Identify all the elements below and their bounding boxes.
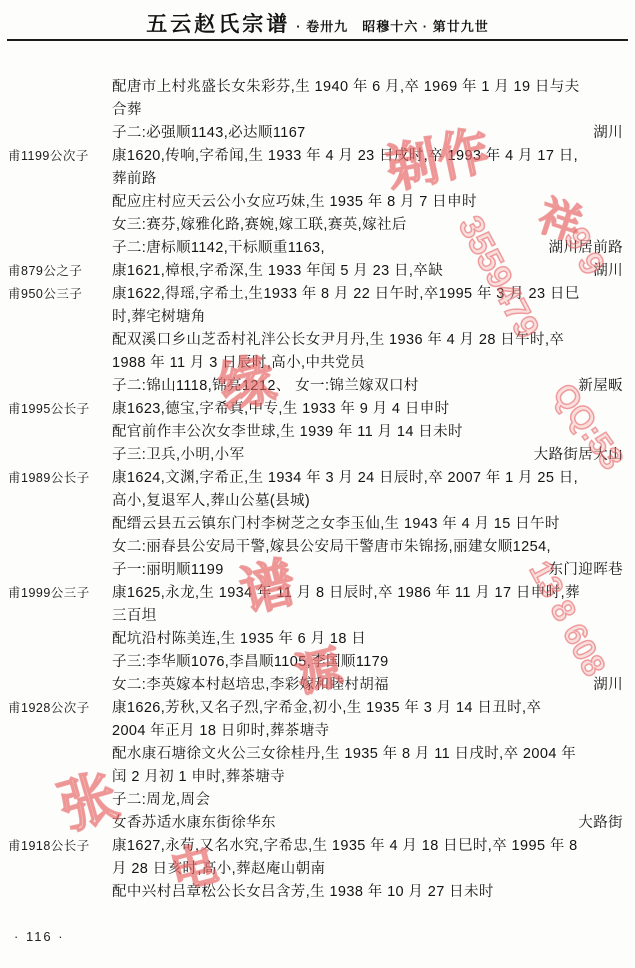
entry-row: 甫1999公三子康1625,永龙,生 1934 年 11 月 8 日辰时,卒 1… — [8, 582, 623, 605]
entry-text: 子二:锦山1118,锦亮1212、 女一:锦兰嫁双口村 — [112, 375, 419, 398]
entry-text: 康1621,樟根,字希深,生 1933 年闰 5 月 23 日,卒缺 — [112, 260, 443, 283]
header-rule — [7, 39, 628, 41]
entry-row: 配双溪口乡山芝岙村礼泮公长女尹月丹,生 1936 年 4 月 28 日午时,卒 — [8, 329, 623, 352]
entry-text: 女香苏适水康东街徐华东 — [112, 812, 276, 835]
entry-text: 闰 2 月初 1 申时,葬茶塘寺 — [112, 766, 285, 789]
entry-text: 时,葬宅树塘角 — [112, 306, 206, 329]
entry-row: 配唐市上村兆盛长女朱彩芬,生 1940 年 6 月,卒 1969 年 1 月 1… — [8, 76, 623, 99]
residence-label: 湖川居前路 — [543, 237, 624, 260]
entry-text: 女二:丽春县公安局干警,嫁县公安局干警唐市朱锦扬,丽建女顺1254, — [112, 536, 551, 559]
entry-text: 配水康石塘徐文火公三女徐桂丹,生 1935 年 8 月 11 日戌时,卒 200… — [112, 743, 576, 766]
entry-row: 女二:丽春县公安局干警,嫁县公安局干警唐市朱锦扬,丽建女顺1254, — [8, 536, 623, 559]
entry-text: 康1620,传响,字希闻,生 1933 年 4 月 23 日戌时,卒 1993 … — [112, 145, 578, 168]
entry-text: 康1627,永苟,又名水究,字希忠,生 1935 年 4 月 18 日巳时,卒 … — [112, 835, 578, 858]
entry-text: 女三:赛芬,嫁雅化路,赛婉,嫁工联,赛英,嫁社后 — [112, 214, 407, 237]
entry-row: 女二:李英嫁本村赵培忠,李彩嫁和睦村胡福湖川 — [8, 674, 623, 697]
entry-generation-label: 甫1999公三子 — [8, 582, 112, 605]
residence-label: 湖川 — [587, 260, 623, 283]
entry-row: 配水康石塘徐文火公三女徐桂丹,生 1935 年 8 月 11 日戌时,卒 200… — [8, 743, 623, 766]
genealogy-page: 五云赵氏宗谱· 卷卅九昭穆十六 · 第廿九世 配唐市上村兆盛长女朱彩芬,生 19… — [0, 0, 635, 968]
entry-row: 子三:卫兵,小明,小军大路街居大山 — [8, 444, 623, 467]
residence-label: 新屋畈 — [572, 375, 623, 398]
entry-row: 甫1928公次子康1626,芳秋,又名子烈,字希金,初小,生 1935 年 3 … — [8, 697, 623, 720]
entry-row: 子二:必强顺1143,必达顺1167湖川 — [8, 122, 623, 145]
entry-generation-label: 甫1199公次子 — [8, 145, 112, 168]
entry-generation-label: 甫1928公次子 — [8, 697, 112, 720]
entry-row: 甫1918公长子康1627,永苟,又名水究,字希忠,生 1935 年 4 月 1… — [8, 835, 623, 858]
entry-row: 甫1199公次子康1620,传响,字希闻,生 1933 年 4 月 23 日戌时… — [8, 145, 623, 168]
entry-text: 配应庄村应天云公小女应巧妹,生 1935 年 8 月 7 日申时 — [112, 191, 477, 214]
entry-generation-label: 甫950公三子 — [8, 283, 112, 306]
entry-row: 甫950公三子康1622,得瑶,字希土,生1933 年 8 月 22 日午时,卒… — [8, 283, 623, 306]
entry-generation-label: 甫1918公长子 — [8, 835, 112, 858]
entry-text: 康1622,得瑶,字希土,生1933 年 8 月 22 日午时,卒1995 年 … — [112, 283, 580, 306]
entry-text: 配缙云县五云镇东门村李树芝之女李玉仙,生 1943 年 4 月 15 日午时 — [112, 513, 560, 536]
entry-text: 康1626,芳秋,又名子烈,字希金,初小,生 1935 年 3 月 14 日丑时… — [112, 697, 541, 720]
volume-label: · 卷卅九 — [296, 19, 348, 34]
entry-text: 配中兴村吕章松公长女吕含芳,生 1938 年 10 月 27 日未时 — [112, 881, 494, 904]
entry-row: 子二:唐标顺1142,干标顺重1163,湖川居前路 — [8, 237, 623, 260]
entry-row: 时,葬宅树塘角 — [8, 306, 623, 329]
entry-generation-label: 甫879公之子 — [8, 260, 112, 283]
entry-row: 三百坦 — [8, 605, 623, 628]
entry-text: 子三:卫兵,小明,小军 — [112, 444, 245, 467]
residence-label: 东门迎晖巷 — [543, 559, 624, 582]
entry-text: 子二:唐标顺1142,干标顺重1163, — [112, 237, 325, 260]
entry-row: 配官前作丰公次女李世球,生 1939 年 11 月 14 日未时 — [8, 421, 623, 444]
entry-text: 子二:必强顺1143,必达顺1167 — [112, 122, 306, 145]
entries: 配唐市上村兆盛长女朱彩芬,生 1940 年 6 月,卒 1969 年 1 月 1… — [8, 76, 623, 904]
entry-row: 配缙云县五云镇东门村李树芝之女李玉仙,生 1943 年 4 月 15 日午时 — [8, 513, 623, 536]
entry-row: 子二:周龙,周会 — [8, 789, 623, 812]
entry-text: 三百坦 — [112, 605, 157, 628]
book-title: 五云赵氏宗谱 — [146, 13, 290, 36]
entry-text: 康1623,德宝,字希真,中专,生 1933 年 9 月 4 日申时 — [112, 398, 450, 421]
entry-row: 女三:赛芬,嫁雅化路,赛婉,嫁工联,赛英,嫁社后 — [8, 214, 623, 237]
entry-row: 葬前路 — [8, 168, 623, 191]
entry-row: 月 28 日亥时,高小,葬赵庵山朝南 — [8, 858, 623, 881]
page-header: 五云赵氏宗谱· 卷卅九昭穆十六 · 第廿九世 — [0, 8, 635, 38]
entry-row: 高小,复退军人,葬山公墓(县城) — [8, 490, 623, 513]
entry-row: 合葬 — [8, 99, 623, 122]
entry-row: 1988 年 11 月 3 日辰时,高小,中共党员 — [8, 352, 623, 375]
entry-text: 子三:李华顺1076,李昌顺1105,李国顺1179 — [112, 651, 389, 674]
entry-text: 配坑沿村陈美连,生 1935 年 6 月 18 日 — [112, 628, 366, 651]
entry-text: 子一:丽明顺1199 — [112, 559, 224, 582]
entry-row: 甫1995公长子康1623,德宝,字希真,中专,生 1933 年 9 月 4 日… — [8, 398, 623, 421]
residence-label: 大路街居大山 — [528, 444, 623, 467]
entry-row: 子三:李华顺1076,李昌顺1105,李国顺1179 — [8, 651, 623, 674]
entry-text: 合葬 — [112, 99, 142, 122]
entry-text: 女二:李英嫁本村赵培忠,李彩嫁和睦村胡福 — [112, 674, 389, 697]
entry-row: 女香苏适水康东街徐华东大路街 — [8, 812, 623, 835]
page-number: · 116 · — [14, 929, 65, 944]
entry-text: 葬前路 — [112, 168, 157, 191]
residence-label: 湖川 — [587, 674, 623, 697]
entry-text: 配双溪口乡山芝岙村礼泮公长女尹月丹,生 1936 年 4 月 28 日午时,卒 — [112, 329, 564, 352]
entry-row: 子二:锦山1118,锦亮1212、 女一:锦兰嫁双口村新屋畈 — [8, 375, 623, 398]
entry-text: 月 28 日亥时,高小,葬赵庵山朝南 — [112, 858, 325, 881]
entry-row: 配坑沿村陈美连,生 1935 年 6 月 18 日 — [8, 628, 623, 651]
entry-row: 子一:丽明顺1199东门迎晖巷 — [8, 559, 623, 582]
entry-text: 配官前作丰公次女李世球,生 1939 年 11 月 14 日未时 — [112, 421, 463, 444]
entry-text: 2004 年正月 18 日卯时,葬茶塘寺 — [112, 720, 330, 743]
residence-label: 大路街 — [572, 812, 623, 835]
entry-text: 子二:周龙,周会 — [112, 789, 210, 812]
entry-row: 甫879公之子康1621,樟根,字希深,生 1933 年闰 5 月 23 日,卒… — [8, 260, 623, 283]
entry-text: 配唐市上村兆盛长女朱彩芬,生 1940 年 6 月,卒 1969 年 1 月 1… — [112, 76, 580, 99]
entry-row: 2004 年正月 18 日卯时,葬茶塘寺 — [8, 720, 623, 743]
entry-text: 1988 年 11 月 3 日辰时,高小,中共党员 — [112, 352, 365, 375]
entry-text: 康1625,永龙,生 1934 年 11 月 8 日辰时,卒 1986 年 11… — [112, 582, 580, 605]
entry-row: 配应庄村应天云公小女应巧妹,生 1935 年 8 月 7 日申时 — [8, 191, 623, 214]
entry-row: 甫1989公长子康1624,文渊,字希正,生 1934 年 3 月 24 日辰时… — [8, 467, 623, 490]
entry-generation-label: 甫1995公长子 — [8, 398, 112, 421]
entry-text: 康1624,文渊,字希正,生 1934 年 3 月 24 日辰时,卒 2007 … — [112, 467, 578, 490]
entry-row: 闰 2 月初 1 申时,葬茶塘寺 — [8, 766, 623, 789]
entry-row: 配中兴村吕章松公长女吕含芳,生 1938 年 10 月 27 日未时 — [8, 881, 623, 904]
entry-generation-label: 甫1989公长子 — [8, 467, 112, 490]
residence-label: 湖川 — [587, 122, 623, 145]
generation-label: 昭穆十六 · 第廿九世 — [362, 19, 489, 34]
entry-text: 高小,复退军人,葬山公墓(县城) — [112, 490, 310, 513]
